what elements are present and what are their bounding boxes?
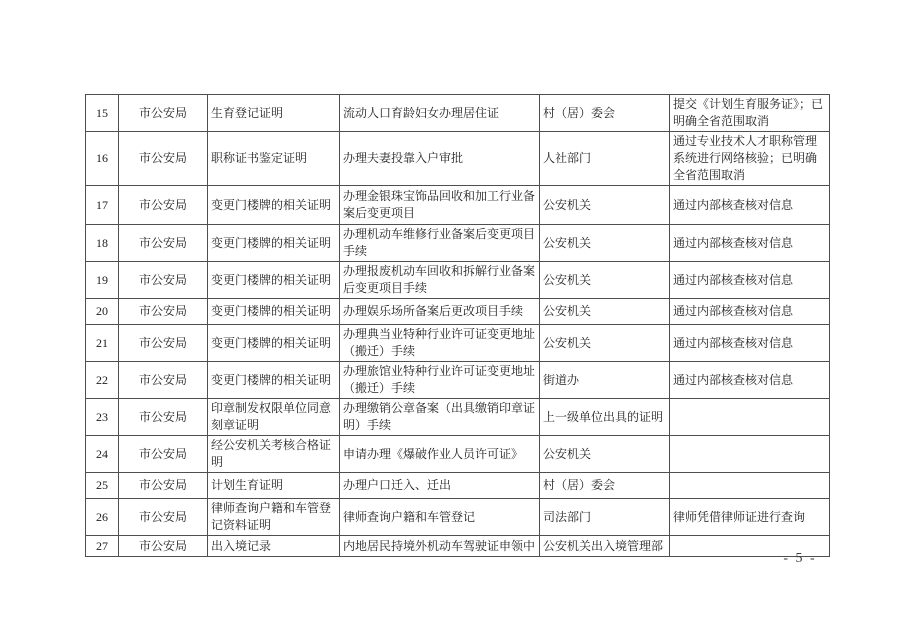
cell-department: 村（居）委会 [540,473,670,499]
cell-matter: 律师查询户籍和车管登记 [340,499,540,536]
cell-certificate: 出入境记录 [208,536,340,557]
document-page: 15 市公安局 生育登记证明 流动人口育龄妇女办理居住证 村（居）委会 提交《计… [0,0,900,636]
table-row: 18 市公安局 变更门楼牌的相关证明 办理机动车维修行业备案后变更项目手续 公安… [86,225,830,262]
cell-agency: 市公安局 [119,399,208,436]
table-row: 25 市公安局 计划生育证明 办理户口迁入、迁出 村（居）委会 [86,473,830,499]
cell-certificate: 生育登记证明 [208,95,340,132]
cell-note [670,399,830,436]
cell-matter: 办理缴销公章备案（出具缴销印章证明）手续 [340,399,540,436]
cell-agency: 市公安局 [119,299,208,325]
cell-seq: 21 [86,325,119,362]
cell-note: 通过专业技术人才职称管理系统进行网络核验；已明确全省范围取消 [670,132,830,186]
cell-matter: 流动人口育龄妇女办理居住证 [340,95,540,132]
table-row: 15 市公安局 生育登记证明 流动人口育龄妇女办理居住证 村（居）委会 提交《计… [86,95,830,132]
cell-agency: 市公安局 [119,225,208,262]
cell-department: 人社部门 [540,132,670,186]
cell-note: 通过内部核查核对信息 [670,325,830,362]
cell-agency: 市公安局 [119,262,208,299]
table-row: 16 市公安局 职称证书鉴定证明 办理夫妻投靠入户审批 人社部门 通过专业技术人… [86,132,830,186]
cell-agency: 市公安局 [119,325,208,362]
cell-certificate: 职称证书鉴定证明 [208,132,340,186]
cell-note: 提交《计划生育服务证》；已明确全省范围取消 [670,95,830,132]
cell-matter: 办理机动车维修行业备案后变更项目手续 [340,225,540,262]
table-row: 26 市公安局 律师查询户籍和车管登记资料证明 律师查询户籍和车管登记 司法部门… [86,499,830,536]
cell-seq: 17 [86,186,119,225]
cell-certificate: 变更门楼牌的相关证明 [208,299,340,325]
table-row: 17 市公安局 变更门楼牌的相关证明 办理金银珠宝饰品回收和加工行业备案后变更项… [86,186,830,225]
cell-matter: 办理典当业特种行业许可证变更地址（搬迁）手续 [340,325,540,362]
cell-certificate: 变更门楼牌的相关证明 [208,225,340,262]
cell-note: 通过内部核查核对信息 [670,262,830,299]
cell-matter: 内地居民持境外机动车驾驶证申领中 [340,536,540,557]
table-row: 21 市公安局 变更门楼牌的相关证明 办理典当业特种行业许可证变更地址（搬迁）手… [86,325,830,362]
cell-department: 公安机关 [540,299,670,325]
cell-department: 村（居）委会 [540,95,670,132]
cell-agency: 市公安局 [119,186,208,225]
cell-seq: 24 [86,436,119,473]
cell-department: 公安机关出入境管理部 [540,536,670,557]
table-row: 27 市公安局 出入境记录 内地居民持境外机动车驾驶证申领中 公安机关出入境管理… [86,536,830,557]
cell-department: 公安机关 [540,436,670,473]
cell-seq: 23 [86,399,119,436]
cell-certificate: 印章制发权限单位同意刻章证明 [208,399,340,436]
table-row: 19 市公安局 变更门楼牌的相关证明 办理报废机动车回收和拆解行业备案后变更项目… [86,262,830,299]
cell-seq: 19 [86,262,119,299]
cell-department: 公安机关 [540,325,670,362]
table-row: 23 市公安局 印章制发权限单位同意刻章证明 办理缴销公章备案（出具缴销印章证明… [86,399,830,436]
cell-agency: 市公安局 [119,473,208,499]
cell-note: 通过内部核查核对信息 [670,299,830,325]
cell-certificate: 变更门楼牌的相关证明 [208,186,340,225]
cell-note [670,473,830,499]
cell-note: 通过内部核查核对信息 [670,186,830,225]
cell-note: 通过内部核查核对信息 [670,362,830,399]
cell-seq: 20 [86,299,119,325]
cell-agency: 市公安局 [119,362,208,399]
cell-agency: 市公安局 [119,95,208,132]
cell-matter: 办理娱乐场所备案后更改项目手续 [340,299,540,325]
table-row: 24 市公安局 经公安机关考核合格证明 申请办理《爆破作业人员许可证》 公安机关 [86,436,830,473]
cell-seq: 25 [86,473,119,499]
cell-department: 上一级单位出具的证明 [540,399,670,436]
cell-seq: 15 [86,95,119,132]
cell-certificate: 变更门楼牌的相关证明 [208,362,340,399]
cell-note: 律师凭借律师证进行查询 [670,499,830,536]
cell-note [670,436,830,473]
cell-seq: 26 [86,499,119,536]
table-row: 22 市公安局 变更门楼牌的相关证明 办理旅馆业特种行业许可证变更地址（搬迁）手… [86,362,830,399]
cell-seq: 27 [86,536,119,557]
cell-department: 公安机关 [540,186,670,225]
cell-agency: 市公安局 [119,436,208,473]
cell-certificate: 经公安机关考核合格证明 [208,436,340,473]
cell-certificate: 计划生育证明 [208,473,340,499]
cell-certificate: 律师查询户籍和车管登记资料证明 [208,499,340,536]
cell-department: 司法部门 [540,499,670,536]
cell-matter: 办理报废机动车回收和拆解行业备案后变更项目手续 [340,262,540,299]
certificate-cancellation-table: 15 市公安局 生育登记证明 流动人口育龄妇女办理居住证 村（居）委会 提交《计… [85,94,830,557]
cell-department: 公安机关 [540,262,670,299]
cell-matter: 申请办理《爆破作业人员许可证》 [340,436,540,473]
cell-seq: 16 [86,132,119,186]
cell-agency: 市公安局 [119,536,208,557]
cell-agency: 市公安局 [119,132,208,186]
cell-department: 街道办 [540,362,670,399]
cell-agency: 市公安局 [119,499,208,536]
cell-note: 通过内部核查核对信息 [670,225,830,262]
cell-matter: 办理夫妻投靠入户审批 [340,132,540,186]
cell-matter: 办理旅馆业特种行业许可证变更地址（搬迁）手续 [340,362,540,399]
page-number: - 5 - [762,551,838,567]
cell-department: 公安机关 [540,225,670,262]
cell-seq: 18 [86,225,119,262]
cell-seq: 22 [86,362,119,399]
cell-certificate: 变更门楼牌的相关证明 [208,325,340,362]
cell-certificate: 变更门楼牌的相关证明 [208,262,340,299]
cell-matter: 办理金银珠宝饰品回收和加工行业备案后变更项目 [340,186,540,225]
cell-matter: 办理户口迁入、迁出 [340,473,540,499]
table-row: 20 市公安局 变更门楼牌的相关证明 办理娱乐场所备案后更改项目手续 公安机关 … [86,299,830,325]
